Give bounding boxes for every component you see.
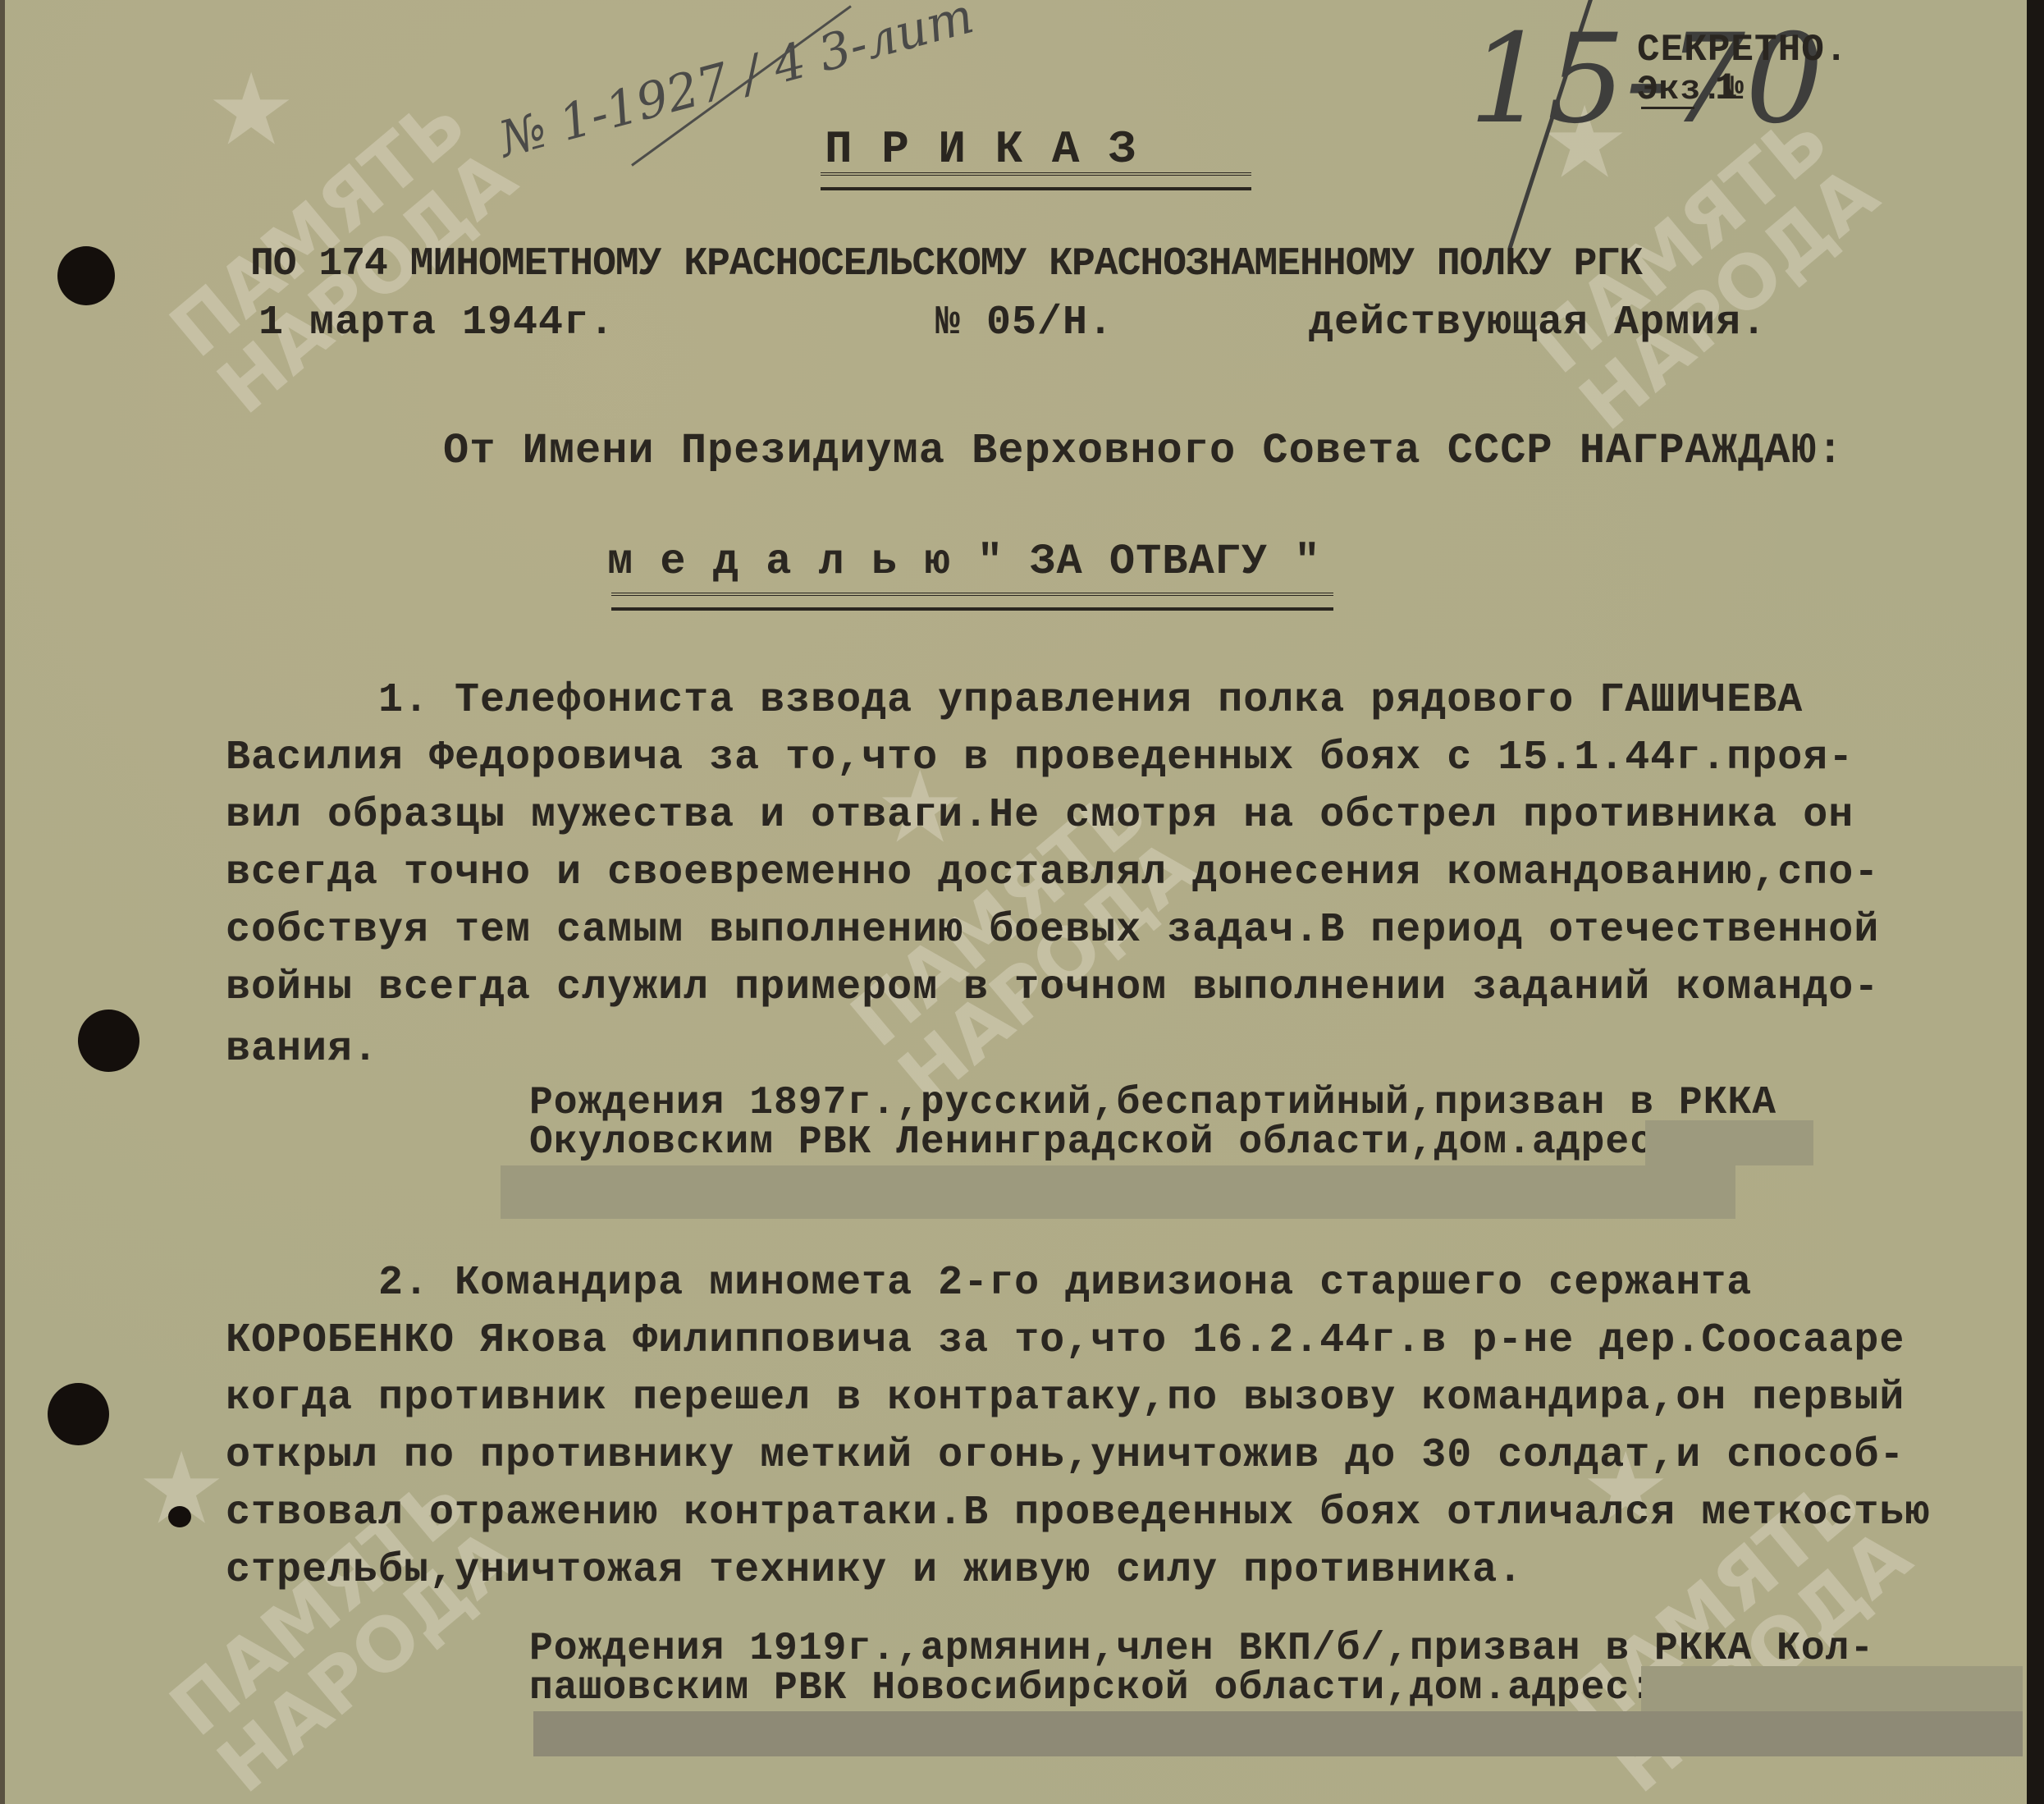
scan-border [2027, 0, 2044, 1804]
entry-line: стрельбы,уничтожая технику и живую силу … [226, 1547, 1523, 1594]
entry-line: 1. Телефониста взвода управления полка р… [226, 677, 1803, 724]
entry-line: собствуя тем самым выполнению боевых зад… [226, 907, 1879, 954]
watermark-star-icon: ★ [209, 16, 293, 188]
underline [1641, 107, 1694, 109]
bio-line: Рождения 1919г.,армянин,член ВКП/б/,приз… [529, 1629, 1874, 1669]
entry-line: КОРОБЕНКО Якова Филипповича за то,что 16… [226, 1317, 1905, 1364]
entry-line: вания. [226, 1026, 378, 1073]
entry-line: открыл по противнику меткий огонь,уничто… [226, 1432, 1905, 1479]
entry-line: 2. Командира миномета 2-го дивизиона ста… [226, 1260, 1752, 1307]
punch-hole [57, 246, 115, 305]
entry-line: всегда точно и своевременно доставлял до… [226, 849, 1879, 896]
redacted-address [501, 1165, 1735, 1219]
bio-line: пашовским РВК Новосибирской области,дом.… [529, 1669, 1654, 1708]
preamble: От Имени Президиума Верховного Совета СС… [443, 427, 1844, 475]
punch-hole [78, 1010, 139, 1072]
title-double-underline [821, 172, 1251, 190]
entry-line: ствовал отражению контратаки.В проведенн… [226, 1490, 1930, 1536]
entry-line: Василия Федоровича за то,что в проведенн… [226, 735, 1854, 781]
award-double-underline [611, 593, 1333, 611]
entry-line: вил образцы мужества и отваги.Не смотря … [226, 792, 1854, 839]
document-title: П Р И К А З [825, 123, 1137, 176]
redacted-address [1645, 1120, 1813, 1165]
punch-hole [48, 1383, 109, 1445]
copy-number: 1 [1715, 67, 1739, 110]
order-date: 1 марта 1944г. [258, 300, 615, 346]
unit-line: ПО 174 МИНОМЕТНОМУ КРАСНОСЕЛЬСКОМУ КРАСН… [250, 242, 1642, 286]
order-number: № 05/Н. [935, 300, 1113, 346]
page-edge [0, 0, 5, 1804]
bio-line: Окуловским РВК Ленинградской области,дом… [529, 1123, 1679, 1162]
entry-line: когда противник перешел в контратаку,по … [226, 1375, 1905, 1422]
redacted-address [1641, 1666, 2023, 1711]
location: действующая Армия. [1309, 300, 1767, 346]
entry-line: войны всегда служил примером в точном вы… [226, 964, 1879, 1011]
document-page: ★ ПАМЯТЬ НАРОДА ★ ПАМЯТЬ НАРОДА ★ ПАМЯТЬ… [0, 0, 2027, 1804]
secret-stamp: СЕКРЕТНО. [1637, 29, 1848, 71]
bio-line: Рождения 1897г.,русский,беспартийный,при… [529, 1083, 1776, 1123]
award-name: м е д а л ь ю " ЗА ОТВАГУ " [607, 538, 1321, 586]
punch-hole [168, 1506, 191, 1527]
redacted-address [533, 1711, 2023, 1756]
watermark-star-icon: ★ [139, 1395, 223, 1567]
